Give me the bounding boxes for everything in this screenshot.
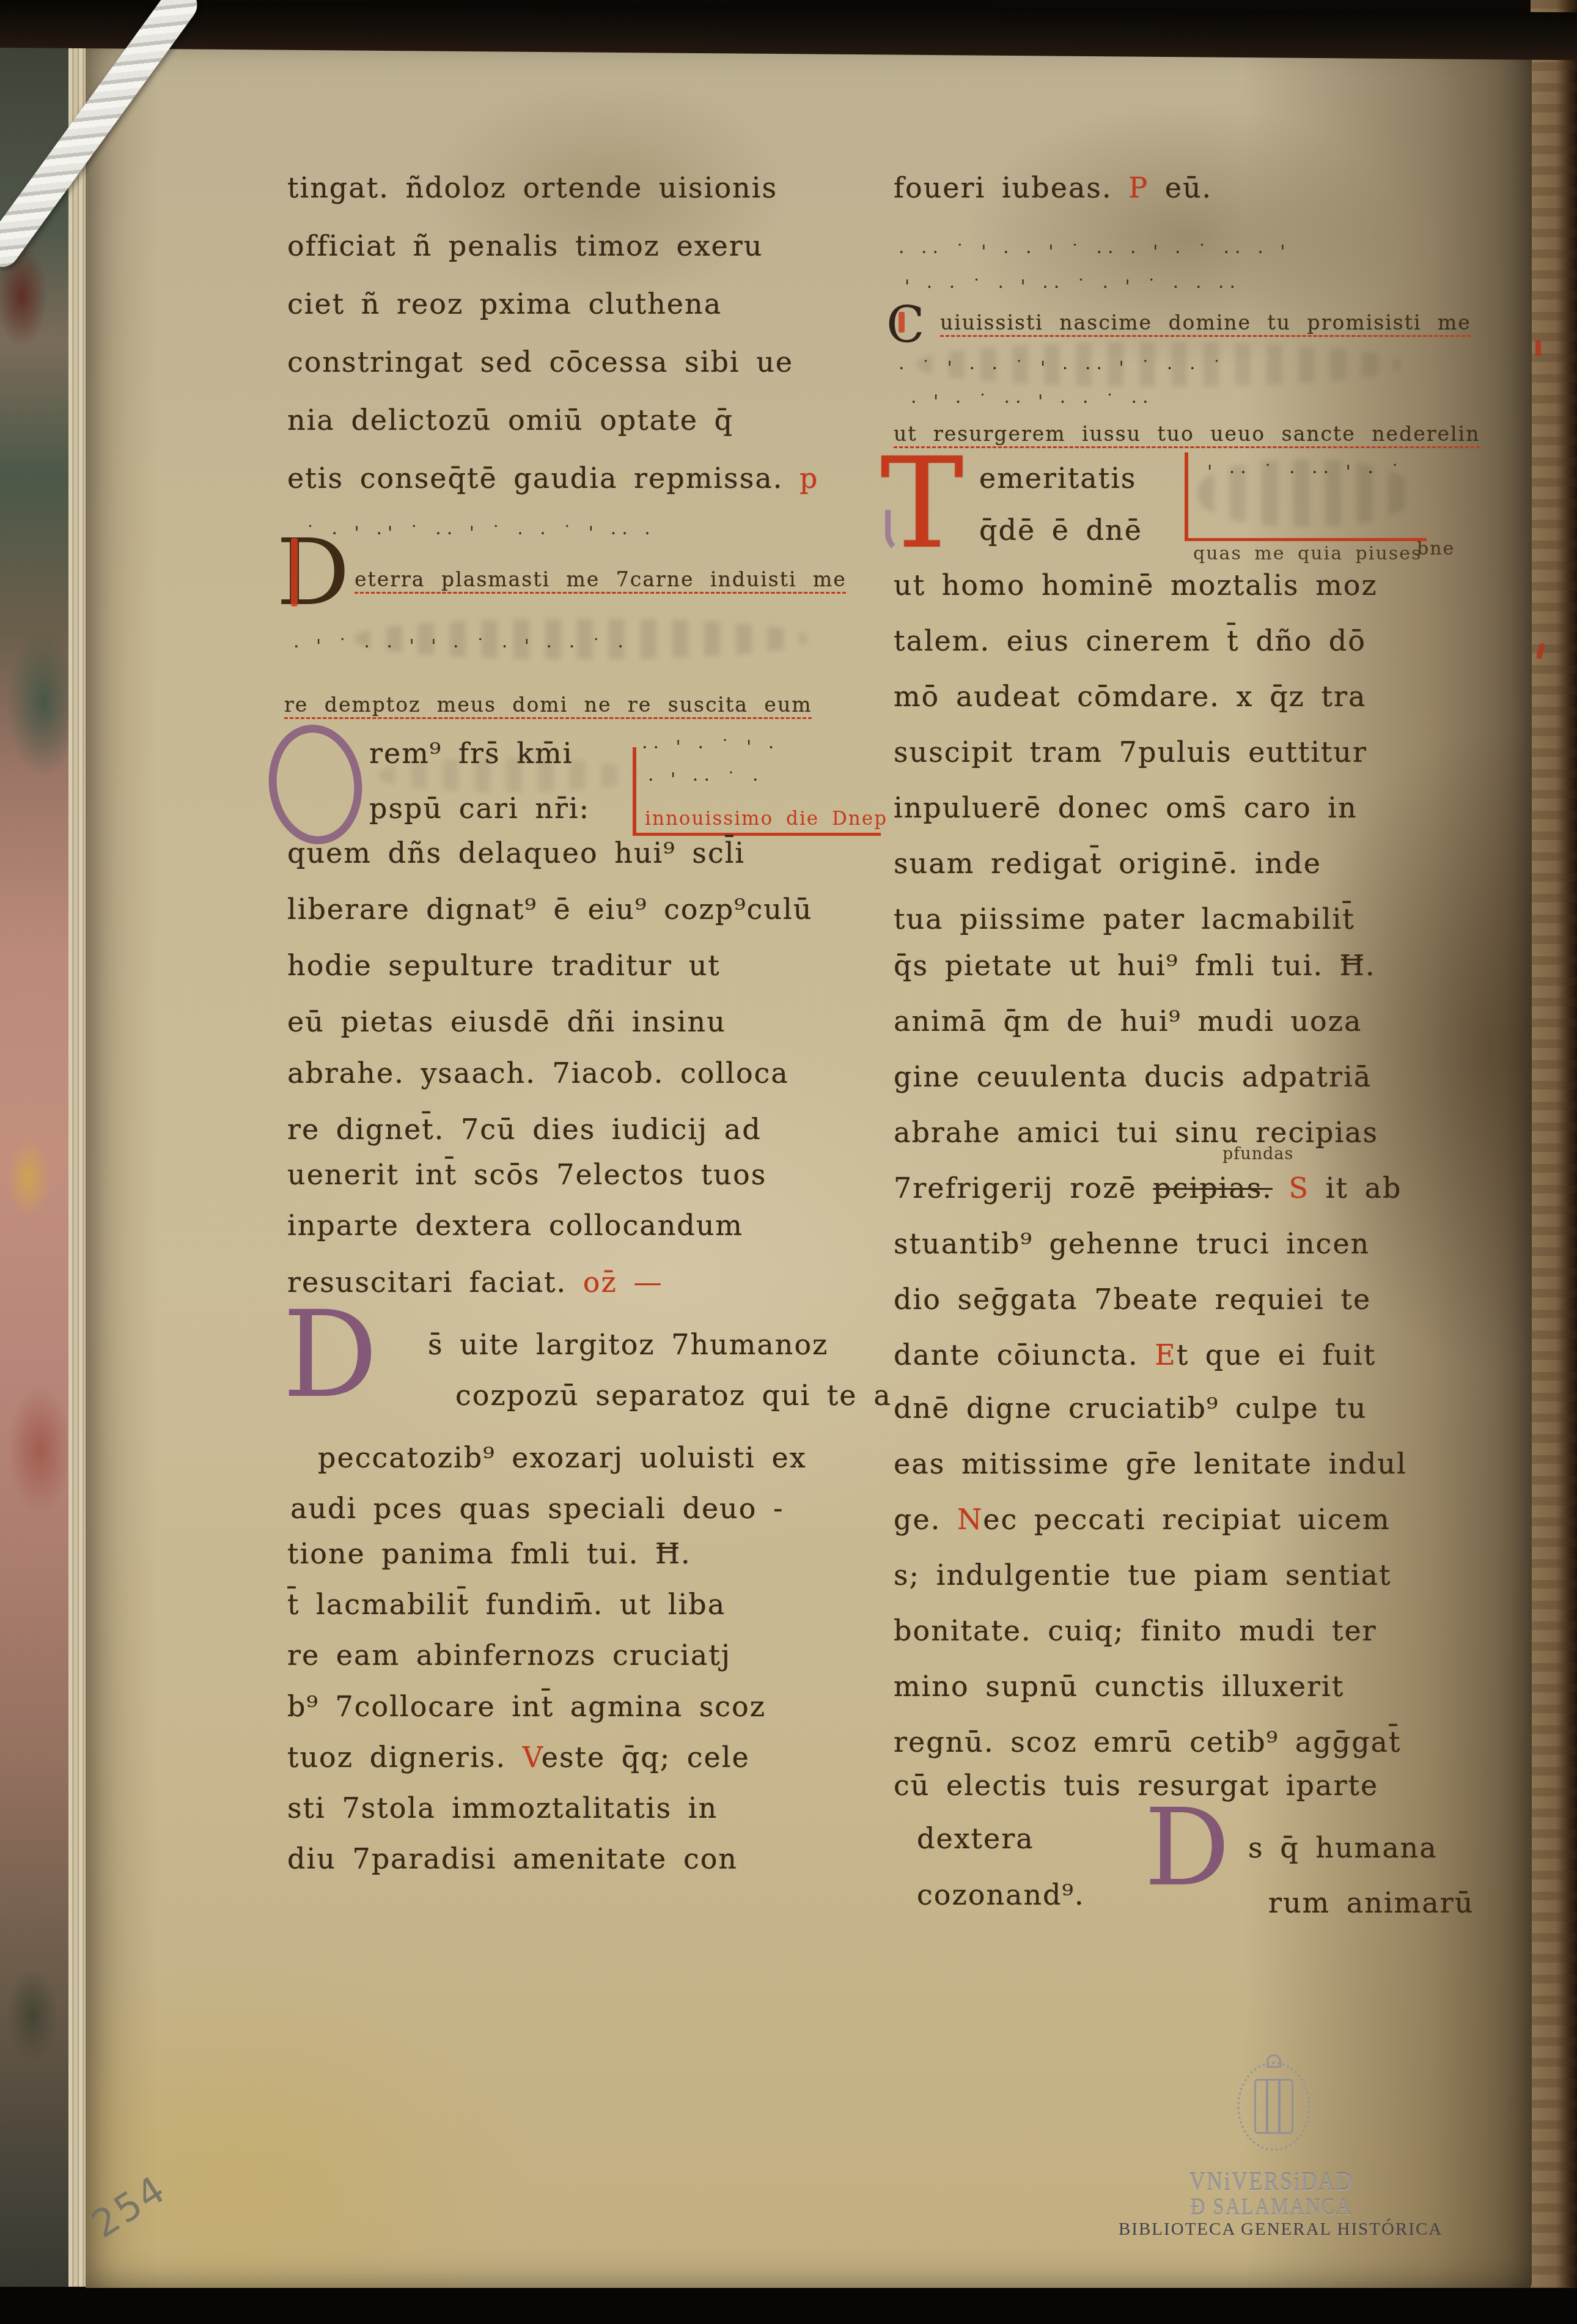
text-line: b⁹ 7collocare int̄ agmina scoz <box>287 1690 766 1723</box>
chant-line: re demptoz meus domi ne re suscita eum <box>284 693 812 717</box>
seal-crown <box>1266 2054 1281 2068</box>
text-line: mino supnū cunctis illuxerit <box>894 1670 1344 1703</box>
text-line: diu 7paradisi amenitate con <box>287 1842 738 1875</box>
text-line: re eam abinfernozs cruciatj <box>287 1639 731 1672</box>
text-line: sti 7stola immoztalitatis in <box>287 1791 718 1824</box>
rubricated-letter: P <box>1128 171 1149 204</box>
library-name: BIBLIOTECA GENERAL HISTÓRICA <box>1119 2219 1424 2240</box>
line-text: it ab <box>1309 1171 1402 1204</box>
verse-line: rem⁹ frs̄ km̄i <box>369 737 573 770</box>
initial-red-stripe <box>291 538 298 607</box>
text-line: hodie sepulture traditur ut <box>287 949 721 982</box>
line-text: dante cōiuncta. <box>894 1338 1155 1371</box>
neume-row: · ·· ˙ ' · · ' ˙ ·· · ' · ˙ ·· · ' <box>899 242 1290 263</box>
line-text: foueri iubeas. <box>894 171 1128 204</box>
text-line: abrahe amici tui sinu recipias <box>894 1116 1378 1149</box>
neume-row: ˙ · ' ·' ˙ ·· ' ˙ · · ˙ ' ·· · <box>306 523 656 544</box>
text-line: gine ceuulenta ducis adpatriā <box>894 1060 1372 1093</box>
neume-row: · ˙ ' · · ˙ ' · ·· ' ˙ · · ˙ <box>899 358 1227 379</box>
initial-letter: T <box>880 431 964 577</box>
text-line: q̄s pietate ut hui⁹ fmli tui. Ħ. <box>894 949 1376 982</box>
text-line: eū pietas eiusdē dñi insinu <box>287 1005 726 1038</box>
rubricated-letter: E <box>1155 1338 1177 1371</box>
text-line: mō audeat cōmdare. x q̄z tra <box>894 680 1366 713</box>
text-line: s q̄ humana <box>1248 1831 1438 1864</box>
heading-line: q̄dē ē dnē <box>979 514 1142 547</box>
text-line: cū electis tuis resurgat iparte <box>894 1769 1378 1802</box>
text-line: dextera <box>917 1822 1034 1855</box>
university-seal-icon <box>1237 2062 1310 2151</box>
gloss-text-red: bne <box>1417 538 1455 559</box>
text-line: animā q̄m de hui⁹ mudi uoza <box>894 1005 1362 1038</box>
text-line: ciet ñ reoz pxima cluthena <box>287 287 722 320</box>
line-text: tuoz digneris. <box>287 1741 523 1774</box>
interlinear-correction: pfundas <box>1222 1145 1293 1164</box>
line-text: 7refrigerij rozē <box>894 1171 1153 1204</box>
text-line: s̄ uite largitoz 7humanoz <box>428 1328 828 1361</box>
text-line: officiat ñ penalis timoz exeru <box>287 229 763 262</box>
initial-red-stripe <box>899 312 905 333</box>
line-text: ec peccati recipiat uicem <box>983 1503 1390 1536</box>
text-line: liberare dignat⁹ ē eiu⁹ cozp⁹culū <box>287 893 812 926</box>
text-line: talem. eius cinerem t̄ dño dō <box>894 624 1366 657</box>
text-line: tua piissime pater lacmabilit̄ <box>894 902 1355 935</box>
neume-row: · ' ˙ · · ' ' · ˙ · ' · · ˙ · <box>293 636 629 657</box>
text-line: ge. Nec peccati recipiat uicem <box>894 1503 1391 1536</box>
text-line: dio seḡgata 7beate requiei te <box>894 1283 1371 1316</box>
chant-line: uiuissisti nascime domine tu promisisti … <box>940 311 1471 334</box>
text-line: re dignet̄. 7cū dies iudicij ad <box>287 1113 762 1146</box>
text-line: tingat. ñdoloz ortende uisionis <box>287 171 777 204</box>
marbled-endpaper <box>0 24 72 2287</box>
text-line: s; indulgentie tue piam sentiat <box>894 1559 1392 1592</box>
text-line: suscipit tram 7puluis euttitur <box>894 736 1367 769</box>
line-text: t que ei fuit <box>1177 1338 1376 1371</box>
heading-line: emeritatis <box>979 462 1136 495</box>
seal-inner-figures <box>1254 2079 1293 2134</box>
rubricated-letter: p <box>800 462 818 495</box>
text-line: foueri iubeas. P eū. <box>894 171 1212 204</box>
text-line: inparte dextera collocandum <box>287 1209 743 1242</box>
text-line: tuoz digneris. Veste q̄q; cele <box>287 1741 750 1774</box>
text-line: ut homo hominē moztalis moz <box>894 569 1378 602</box>
text-line: quem dñs delaqueo hui⁹ scl̄i <box>287 836 745 869</box>
line-text: eū. <box>1149 171 1212 204</box>
line-text: ge. <box>894 1503 957 1536</box>
rubricated-letter: V <box>523 1741 542 1774</box>
rubric-text: innouissimo die Dnep <box>645 808 888 830</box>
rubricated-letter: N <box>957 1503 983 1536</box>
neume-row: ' · · ˙ · ' ·· ˙ · ' ˙ · · ·· <box>905 276 1241 298</box>
chant-line: ut resurgerem iussu tuo ueuo sancte nede… <box>894 422 1480 446</box>
rubricated-mark: oz̄ — <box>583 1266 663 1299</box>
text-line: eas mitissime gr̄e lenitate indul <box>894 1447 1407 1480</box>
manuscript-photo: tingat. ñdoloz ortende uisionis officiat… <box>0 0 1577 2324</box>
text-line: inpuluerē donec oms̄ caro in <box>894 791 1358 824</box>
text-line: tione panima fmli tui. Ħ. <box>287 1537 691 1570</box>
table-background <box>0 2288 1577 2324</box>
text-line: constringat sed cōcessa sibi ue <box>287 345 793 378</box>
neume-row: ' ·· ˙ · ·· ' · ˙ <box>1207 462 1405 483</box>
text-line: peccatozib⁹ exozarj uoluisti ex <box>318 1441 807 1474</box>
struck-word: pcipias. <box>1153 1171 1273 1204</box>
text-line: t̄ lacmabilit̄ fundim̄. ut liba <box>287 1588 726 1621</box>
rubricated-letter: S <box>1273 1171 1309 1204</box>
illuminated-initial-t: T <box>880 441 964 567</box>
university-name: VNiVERSiDAD <box>1142 2167 1402 2197</box>
text-line: regnū. scoz emrū cetib⁹ agḡgat̄ <box>894 1725 1402 1758</box>
chant-line: eterra plasmasti me 7carne induisti me <box>355 567 847 591</box>
rubric-bracket: innouissimo die Dnep <box>633 747 881 836</box>
text-line: abrahe. ysaach. 7iacob. colloca <box>287 1057 789 1090</box>
line-text: etis conseq̄tē gaudia repmissa. <box>287 462 800 495</box>
text-line: etis conseq̄tē gaudia repmissa. p <box>287 462 818 495</box>
text-line: cozpozū separatoz qui te a <box>455 1379 892 1412</box>
university-name-line2: Ð SALAMANCA <box>1142 2194 1402 2221</box>
illuminated-initial-d-purple: D <box>1144 1795 1230 1902</box>
line-text: este q̄q; cele <box>542 1741 750 1774</box>
chant-initial-c: C <box>886 301 925 351</box>
neume-row: · ' · ˙ ·· ' · · ˙ ·· <box>911 391 1154 413</box>
text-line: audi pces quas speciali deuo - <box>290 1492 784 1525</box>
text-line: bonitate. cuiq; finito mudi ter <box>894 1614 1377 1647</box>
illuminated-initial-d: D <box>276 527 350 619</box>
initial-letter: C <box>886 297 925 355</box>
verse-line: pspū cari nr̄i: <box>369 792 590 825</box>
text-line: dnē digne cruciatib⁹ culpe tu <box>894 1392 1367 1425</box>
initial-letter: D <box>276 520 350 626</box>
foredge-red-mark <box>1535 340 1541 356</box>
illuminated-initial-d-purple: D <box>282 1295 378 1414</box>
text-line: uenerit int̄ scōs 7electos tuos <box>287 1158 766 1191</box>
text-line: 7refrigerij rozē pcipias. S it ab <box>894 1171 1402 1204</box>
text-line: nia delictozū omiū optate q̄ <box>287 404 733 437</box>
text-line: cozonand⁹. <box>917 1878 1085 1911</box>
text-line: rum animarū <box>1268 1886 1474 1919</box>
text-line: suam redigat̄ originē. inde <box>894 847 1322 880</box>
text-line: dante cōiuncta. Et que ei fuit <box>894 1338 1376 1371</box>
text-line: stuantib⁹ gehenne truci incen <box>894 1227 1370 1260</box>
gloss-text: quas me quia piuses <box>1193 543 1422 564</box>
